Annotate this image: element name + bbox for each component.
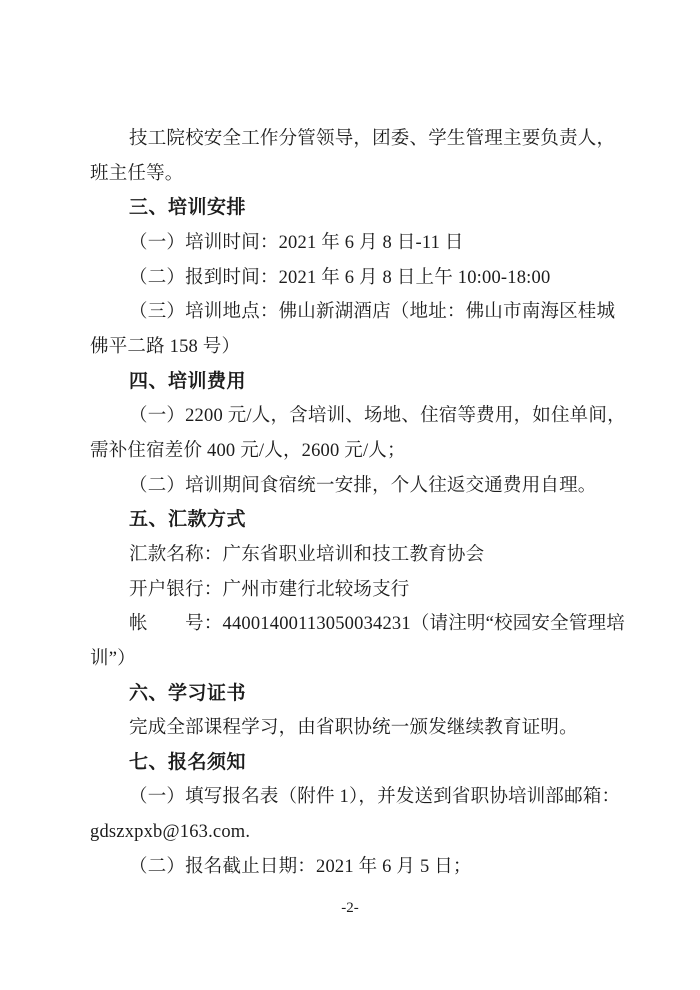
line-checkin-time: （二）报到时间：2021 年 6 月 8 日上午 10:00-18:00 [90,261,610,296]
page-number: -2- [0,896,700,920]
line-remittance-bank: 开户银行：广州市建行北较场支行 [90,573,610,608]
line-remittance-account-1: 帐 号：44001400113050034231（请注明“校园安全管理培 [90,607,610,642]
line-training-venue-1: （三）培训地点：佛山新湖酒店（地址：佛山市南海区桂城 [90,295,610,330]
heading-registration: 七、报名须知 [90,746,610,781]
line-fee-detail-1: （一）2200 元/人，含培训、场地、住宿等费用，如住单间， [90,399,610,434]
document-body: 技工院校安全工作分管领导，团委、学生管理主要负责人， 班主任等。 三、培训安排 … [90,122,610,884]
line-registration-deadline: （二）报名截止日期：2021 年 6 月 5 日； [90,850,610,885]
line-training-time: （一）培训时间：2021 年 6 月 8 日-11 日 [90,226,610,261]
heading-certificate: 六、学习证书 [90,677,610,712]
heading-remittance: 五、汇款方式 [90,503,610,538]
line-fee-detail-2: 需补住宿差价 400 元/人，2600 元/人； [90,434,610,469]
line-trainees-2: 班主任等。 [90,157,610,192]
line-registration-form: （一）填写报名表（附件 1），并发送到省职协培训部邮箱： [90,780,610,815]
heading-training-arrangement: 三、培训安排 [90,191,610,226]
document-page: 技工院校安全工作分管领导，团委、学生管理主要负责人， 班主任等。 三、培训安排 … [0,0,700,990]
line-certificate: 完成全部课程学习，由省职协统一颁发继续教育证明。 [90,711,610,746]
line-fee-board: （二）培训期间食宿统一安排，个人往返交通费用自理。 [90,469,610,504]
line-trainees-1: 技工院校安全工作分管领导，团委、学生管理主要负责人， [90,122,610,157]
line-training-venue-2: 佛平二路 158 号） [90,330,610,365]
line-remittance-name: 汇款名称：广东省职业培训和技工教育协会 [90,538,610,573]
line-remittance-account-2: 训”） [90,642,610,677]
line-registration-email: gdszxpxb@163.com. [90,815,610,850]
heading-training-fee: 四、培训费用 [90,365,610,400]
